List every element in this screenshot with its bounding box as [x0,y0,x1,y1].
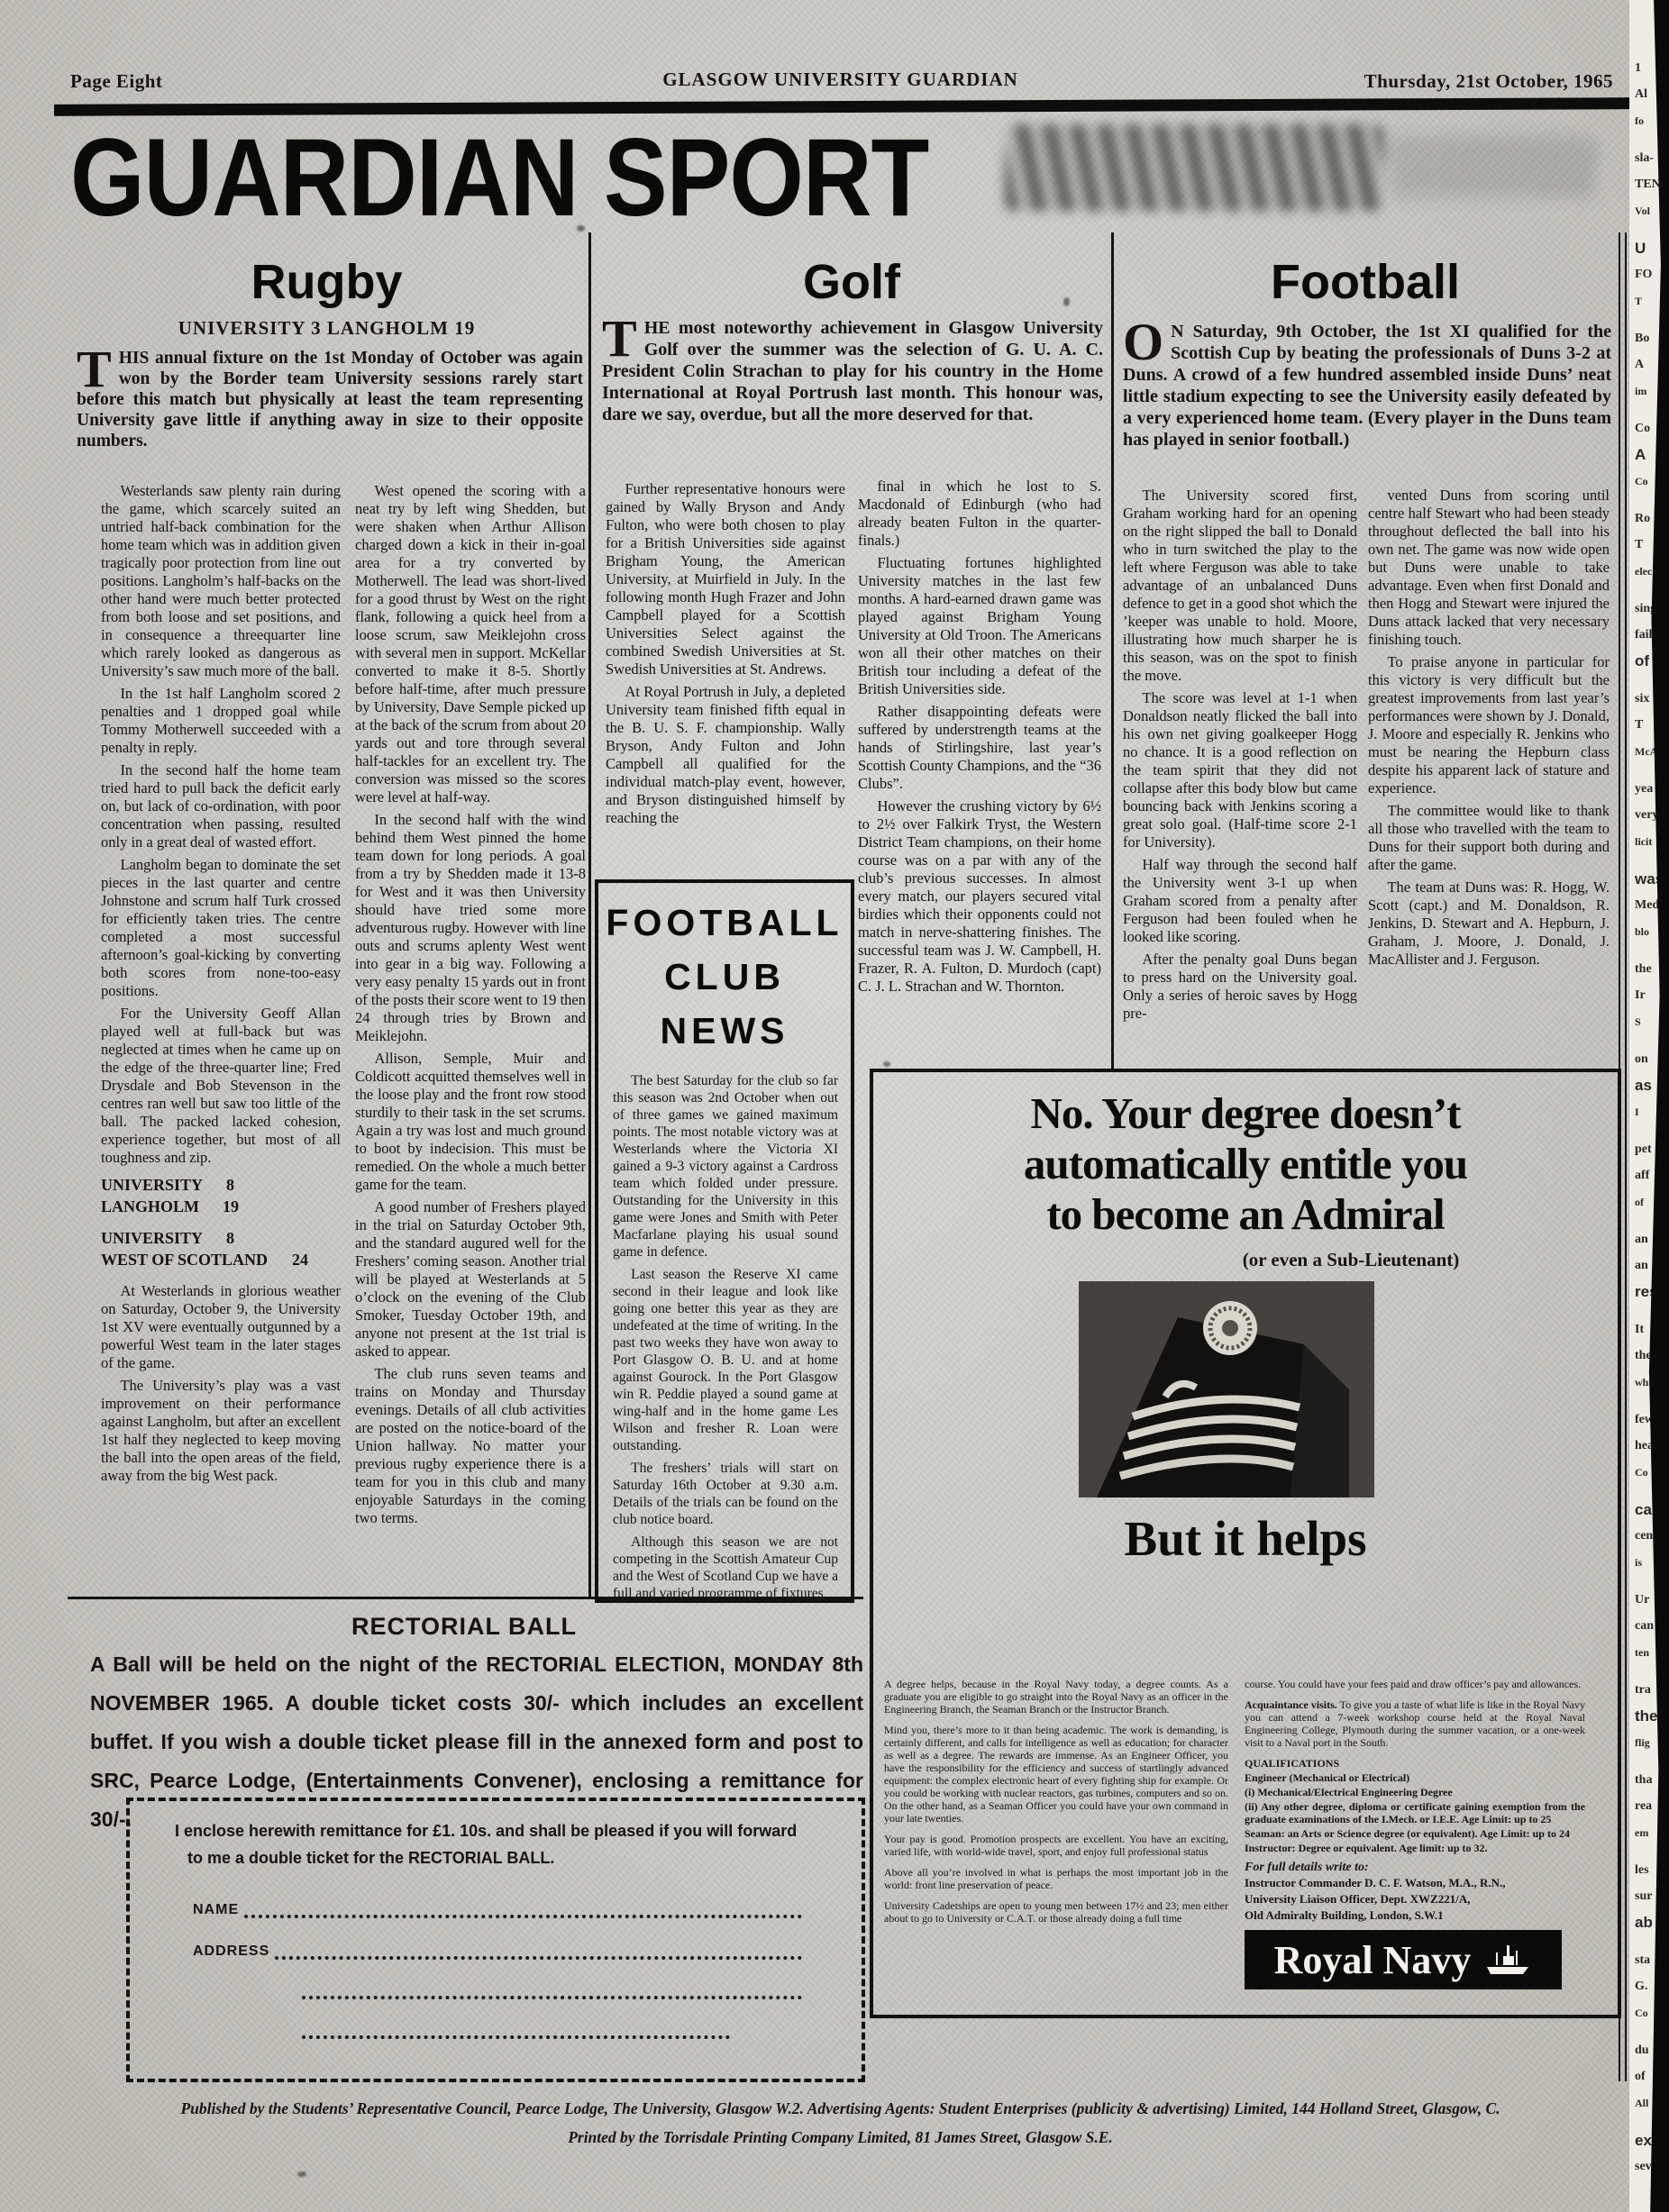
football-paragraph: The team at Duns was: R. Hogg, W. Scott … [1368,878,1610,969]
imprint-line-1: Published by the Students’ Representativ… [68,2099,1613,2118]
ad-qualification-item: Instructor: Degree or equivalent. Age li… [1245,1842,1585,1854]
ad-qualifications-title: QUALIFICATIONS [1245,1757,1585,1770]
name-label: NAME [193,1902,239,1918]
address-extra-row-2 [193,2025,735,2039]
golf-paragraph: final in which he lost to S. Macdonald o… [858,478,1101,550]
royal-navy-logo: Royal Navy [1245,1930,1562,1989]
newspaper-page: { "header": { "page_label": "Page Eight"… [0,0,1669,2212]
golf-paragraph: Further representative honours were gain… [606,480,845,678]
football-paragraph: The committee would like to thank all th… [1368,802,1610,874]
football-dropcap: O [1123,323,1163,362]
print-smudge-2 [1388,135,1595,198]
football-paragraph: vented Duns from scoring until centre ha… [1368,487,1610,649]
football-title: Football [1117,254,1613,310]
golf-paragraph: Rather disappointing defeats were suffer… [858,703,1101,793]
ad-qualification-item: (ii) Any other degree, diploma or certif… [1245,1800,1585,1825]
golf-paragraph: However the crushing victory by 6½ to 2½… [858,797,1101,996]
ad-address: Instructor Commander D. C. F. Watson, M.… [1245,1876,1585,1923]
rugby-paragraph: Langholm began to dominate the set piece… [101,856,341,1000]
ad-details-lead: For full details write to: [1245,1862,1585,1874]
football-column-1: The University scored first, Graham work… [1123,487,1357,1117]
football-club-news-body: The best Saturday for the club so far th… [598,1058,851,1602]
football-club-news-box: FOOTBALL CLUB NEWS The best Saturday for… [595,879,854,1603]
football-club-news-title: FOOTBALL CLUB NEWS [598,896,851,1058]
name-field-row: NAME [193,1902,807,1918]
rectorial-ball-title: RECTORIAL BALL [68,1613,861,1641]
address-fill-line-2 [302,1985,802,1999]
club-news-paragraph: The best Saturday for the club so far th… [613,1072,838,1261]
football-column-2: vented Duns from scoring until centre ha… [1368,487,1610,1117]
golf-title: Golf [595,254,1108,310]
ad-paragraph: University Cadetships are open to young … [884,1899,1228,1925]
issue-date: Thursday, 21st October, 1965 [1199,70,1613,93]
rugby-paragraph: A good number of Freshers played in the … [355,1198,586,1361]
club-news-paragraph: Although this season we are not competin… [613,1534,838,1602]
golf-paragraph: At Royal Portrush in July, a depleted Un… [606,683,845,827]
ad-paragraph: Your pay is good. Promotion prospects ar… [884,1833,1228,1858]
print-speck [577,225,585,232]
rugby-paragraph: Allison, Semple, Muir and Coldicott acqu… [355,1050,586,1194]
ticket-coupon-form: I enclose herewith remittance for £1. 10… [126,1798,865,2082]
ad-paragraph: Acquaintance visits. To give you a taste… [1245,1698,1585,1749]
rugby-paragraph: In the second half the home team tried h… [101,761,341,851]
rugby-paragraph: The club runs seven teams and trains on … [355,1365,586,1527]
address-label: ADDRESS [193,1943,269,1960]
ad-qualification-item: (i) Mechanical/Electrical Engineering De… [1245,1786,1585,1798]
column-rule-2 [1111,232,1114,1070]
football-lead: ON Saturday, 9th October, the 1st XI qua… [1123,321,1611,451]
address-fill-line [275,1945,802,1960]
ad-paragraph: Above all you’re involved in what is per… [884,1866,1228,1891]
header-rule [54,97,1629,116]
ad-subheadline: (or even a Sub-Lieutenant) [1162,1249,1540,1271]
golf-paragraph: Fluctuating fortunes highlighted Univers… [858,554,1101,698]
rugby-paragraph: For the University Geoff Allan played we… [101,1005,341,1167]
ad-qualification-item: Engineer (Mechanical or Electrical) [1245,1771,1585,1784]
print-speck [297,2171,306,2177]
ship-icon [1483,1943,1532,1976]
ad-tagline: But it helps [873,1510,1618,1567]
name-fill-line [244,1904,802,1918]
rugby-paragraph: The University’s play was a vast improve… [101,1377,341,1485]
football-paragraph: The score was level at 1-1 when Donaldso… [1123,689,1357,851]
rugby-score-block-2: UNIVERSITY8 WEST OF SCOTLAND24 [101,1229,341,1270]
right-boundary-rule-b [1625,232,1627,2081]
rugby-paragraph: West opened the scoring with a neat try … [355,482,586,806]
rugby-column-2: West opened the scoring with a neat try … [355,482,586,1592]
address-extra-row [193,1985,807,1999]
club-news-paragraph: Last season the Reserve XI came second i… [613,1266,838,1454]
address-fill-line-3 [302,2025,730,2039]
print-speck [1063,297,1070,306]
football-paragraph: To praise anyone in particular for this … [1368,653,1610,797]
ad-qualifications-list: Engineer (Mechanical or Electrical)(i) M… [1245,1771,1585,1854]
rugby-lead: THIS annual fixture on the 1st Monday of… [77,348,583,451]
ad-address-line: Old Admiralty Building, London, S.W.1 [1245,1908,1585,1923]
rugby-paragraph: In the 1st half Langholm scored 2 penalt… [101,685,341,757]
rugby-title: Rugby [68,254,586,310]
imprint-line-2: Printed by the Torrisdale Printing Compa… [68,2128,1613,2147]
golf-column-2: final in which he lost to S. Macdonald o… [858,478,1101,1061]
rugby-score-block-1: UNIVERSITY8 LANGHOLM19 [101,1176,341,1216]
football-paragraph: Half way through the second half the Uni… [1123,856,1357,946]
club-news-paragraph: The freshers’ trials will start on Satur… [613,1460,838,1528]
admiral-sleeve-photo [1079,1281,1374,1497]
football-paragraph: After the penalty goal Duns began to pre… [1123,951,1357,1023]
address-field-row: ADDRESS [193,1943,807,1960]
ad-paragraph: Mind you, there’s more to it than being … [884,1724,1228,1825]
rugby-paragraph: In the second half with the wind behind … [355,811,586,1045]
rugby-paragraph: Westerlands saw plenty rain during the g… [101,482,341,680]
ad-paragraph: A degree helps, because in the Royal Nav… [884,1678,1228,1716]
ad-paragraph: course. You could have your fees paid an… [1245,1678,1585,1690]
print-speck [883,1061,890,1067]
ad-address-line: Instructor Commander D. C. F. Watson, M.… [1245,1876,1585,1890]
column-rule-1 [588,232,591,1599]
golf-lead: THE most noteworthy achievement in Glasg… [602,317,1103,425]
ad-headline: No. Your degree doesn’t automatically en… [873,1088,1618,1240]
rugby-dropcap: T [77,350,112,389]
rugby-scoreline: UNIVERSITY 3 LANGHOLM 19 [68,317,586,340]
royal-navy-ad: No. Your degree doesn’t automatically en… [870,1069,1621,2018]
rugby-column-1: Westerlands saw plenty rain during the g… [101,482,341,1592]
ad-qualification-item: Seaman: an Arts or Science degree (or eq… [1245,1827,1585,1840]
adjacent-page-edge: 1Alfosla-TENVolUFOTBoAimCoACoRoTelecsing… [1629,0,1669,2212]
ad-address-line: University Liaison Officer, Dept. XWZ221… [1245,1892,1585,1907]
print-smudge [1005,124,1383,211]
rugby-paragraph: At Westerlands in glorious weather on Sa… [101,1282,341,1372]
golf-column-1: Further representative honours were gain… [606,480,845,869]
section-banner: GUARDIAN SPORT [70,115,928,241]
coupon-declaration: I enclose herewith remittance for £1. 10… [166,1817,844,1871]
football-paragraph: The University scored first, Graham work… [1123,487,1357,685]
golf-dropcap: T [602,319,637,359]
ad-copy-left: A degree helps, because in the Royal Nav… [884,1678,1228,2004]
